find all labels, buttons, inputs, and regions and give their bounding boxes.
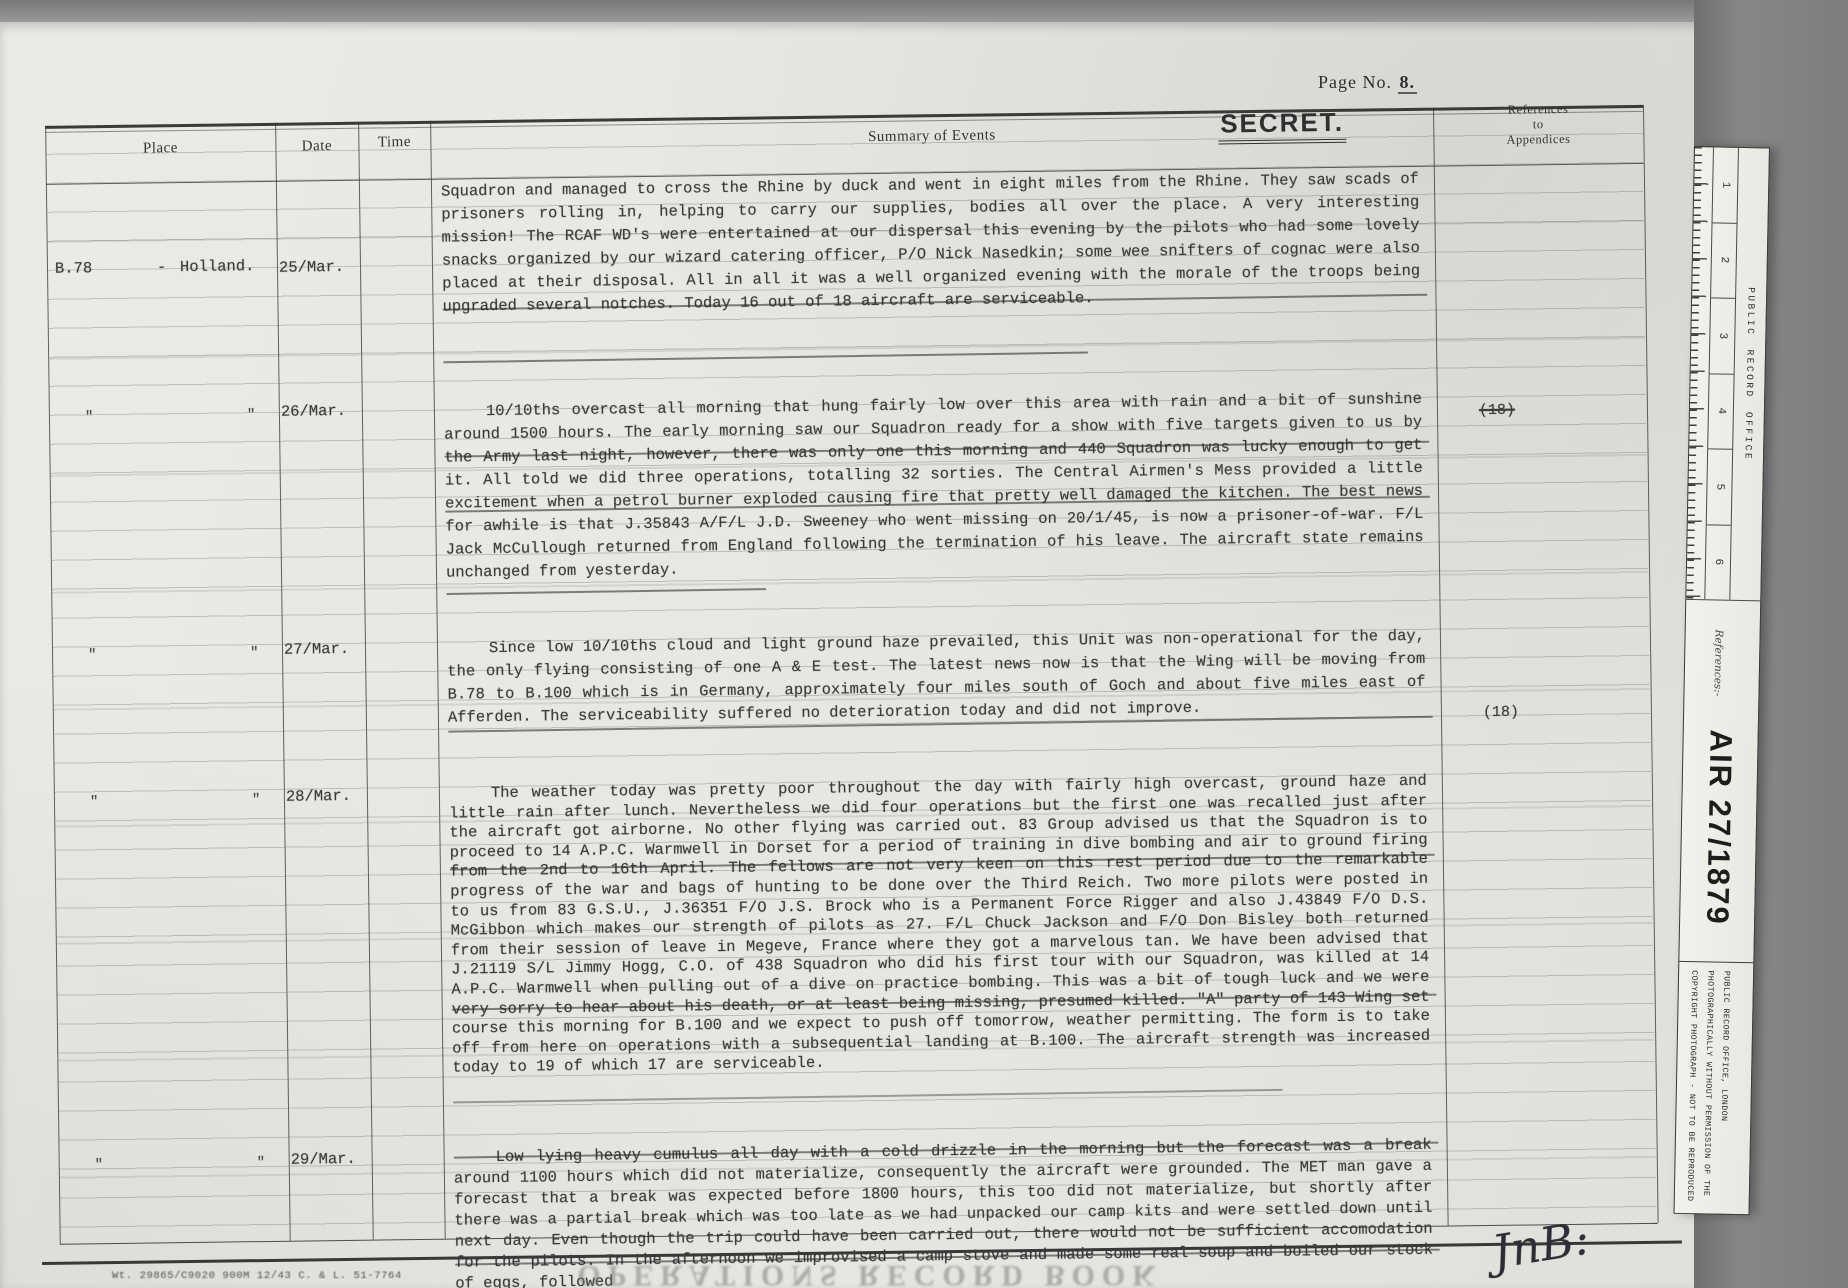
appendix-reference: (18) <box>1479 402 1515 419</box>
column-header-references: References to Appendices <box>1433 101 1644 149</box>
summary-entry-26-mar: 10/10ths overcast all morning that hung … <box>444 388 1424 585</box>
scanner-background-top <box>0 0 1704 22</box>
air-catalogue-reference: AIR 27/1879 <box>1679 696 1758 959</box>
entry-date: 25/Mar. <box>279 258 344 277</box>
entry-date: 27/Mar. <box>284 640 349 659</box>
place-ditto: " <box>95 1157 104 1173</box>
reverse-page-showthrough: OPERATIONS RECORD BOOK <box>540 1258 1200 1288</box>
document-sheet: Page No. 8. Place Date Time Summary of E… <box>0 22 1704 1288</box>
place-ditto: " <box>247 407 256 423</box>
place-airfield: B.78 <box>55 259 92 277</box>
summary-entry-27-mar: Since low 10/10ths cloud and light groun… <box>447 625 1426 730</box>
place-dash: - <box>157 258 167 276</box>
entry-date: 29/Mar. <box>291 1150 356 1169</box>
summary-entry-28-mar: The weather today was pretty poor throug… <box>449 772 1431 1079</box>
ruler-number: 6 <box>1705 525 1730 600</box>
scanned-operations-record-page: { "colors": { "paper": "#e8e7e2", "ink":… <box>0 0 1848 1288</box>
ruler-number: 4 <box>1708 374 1733 450</box>
place-ditto: " <box>88 647 97 663</box>
place-ditto: " <box>250 645 259 661</box>
ruler-number: 3 <box>1710 298 1735 374</box>
place-ditto: " <box>252 792 261 808</box>
copyright-notice: COPYRIGHT PHOTOGRAPH - NOT TO BE REPRODU… <box>1675 961 1754 1214</box>
appendix-reference: (18) <box>1483 704 1519 721</box>
ruler-number: 5 <box>1707 449 1732 525</box>
printer-imprint: Wt. 29865/C9020 900M 12/43 C. & L. 51-77… <box>112 1270 402 1282</box>
references-header-line2: to <box>1533 117 1544 131</box>
ruler-number: 1 <box>1713 147 1738 223</box>
place-ditto: " <box>257 1155 266 1171</box>
references-header-line3: Appendices <box>1506 132 1570 147</box>
classification-stamp: SECRET. <box>1218 107 1346 145</box>
pro-tab-ruler-section: 1 2 3 4 5 6 PUBLIC RECORD OFFICE <box>1686 147 1769 601</box>
references-header-line1: References <box>1508 102 1569 117</box>
place-country: Holland. <box>180 257 255 276</box>
column-header-time: Time <box>358 134 430 152</box>
entry-date: 28/Mar. <box>286 787 351 806</box>
column-header-place: Place <box>45 139 275 159</box>
place-ditto: " <box>85 409 94 425</box>
record-form: Place Date Time Summary of Events SECRET… <box>0 0 1704 1288</box>
entry-date: 26/Mar. <box>281 402 346 421</box>
ruler-number: 2 <box>1711 223 1736 299</box>
column-header-date: Date <box>275 138 358 156</box>
place-ditto: " <box>90 794 99 810</box>
reference-label: References:- <box>1684 600 1760 697</box>
